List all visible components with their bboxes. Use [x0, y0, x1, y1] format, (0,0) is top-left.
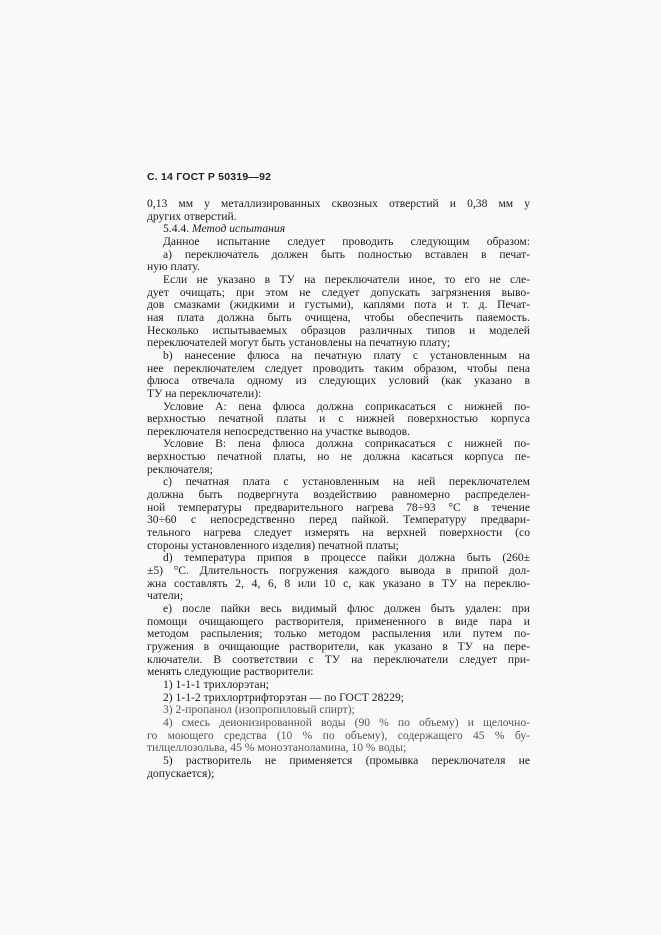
text-line: ТУ на переключатели): — [147, 388, 530, 401]
text-line: должна быть подвергнута воздействию равн… — [147, 489, 530, 502]
text-line: переключателей могут быть установлены на… — [147, 337, 530, 350]
text-line: Данное испытание следует проводить следу… — [147, 236, 530, 249]
solvent-item-4: 4) смесь деионизированной воды (90 % по … — [147, 717, 530, 730]
text-line: жна составлять 2, 4, 6, 8 или 10 с, как … — [147, 578, 530, 591]
page-header: С. 14 ГОСТ Р 50319—92 — [147, 171, 271, 183]
scan-speck — [159, 773, 160, 774]
list-item-e: e) после пайки весь видимый флюс должен … — [147, 603, 530, 616]
text-line: тельного нагрева следует измерять на вер… — [147, 527, 530, 540]
solvent-item-3: 3) 2-пропанол (изопропиловый спирт); — [147, 704, 530, 717]
text-line: верхностью печатной платы, но не должна … — [147, 451, 530, 464]
text-line: ±5) °С. Длительность погружения каждого … — [147, 565, 530, 578]
text-line: флюса отвечала одному из следующих услов… — [147, 375, 530, 388]
text-line: дов смазками (жидкими и густыми), каплям… — [147, 299, 530, 312]
text-line: допускается); — [147, 768, 530, 781]
text-line: тилцеллозольва, 45 % моноэтаноламина, 10… — [147, 742, 530, 755]
list-item-b: b) нанесение флюса на печатную плату с у… — [147, 350, 530, 363]
solvent-item-1: 1) 1-1-1 трихлорэтан; — [147, 679, 530, 692]
text-line: гружения в очищающие растворители, как у… — [147, 641, 530, 654]
text-line: 0,13 мм у металлизированных сквозных отв… — [147, 198, 530, 211]
text-line: Если не указано в ТУ на переключатели ин… — [147, 274, 530, 287]
list-item-a: а) переключатель должен быть полностью в… — [147, 249, 530, 262]
solvent-item-5: 5) растворитель не применяется (промывка… — [147, 755, 530, 768]
text-line: верхностью печатной платы и с нижней пов… — [147, 413, 530, 426]
section-title: Метод испытания — [192, 222, 285, 235]
text-line: ная плата должна быть очищена, чтобы обе… — [147, 312, 530, 325]
body-text: 0,13 мм у металлизированных сквозных отв… — [147, 198, 530, 780]
